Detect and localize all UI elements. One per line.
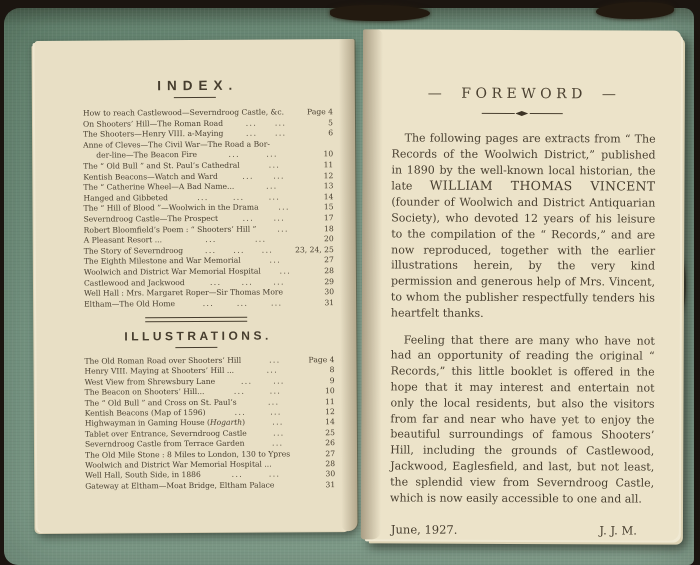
cover-torn-edge — [330, 5, 430, 21]
toc-page-number: 17 — [310, 213, 334, 224]
toc-dot-leader: ... — [259, 203, 310, 214]
dot-group: ... — [269, 470, 281, 480]
title-dash: — — [428, 86, 442, 102]
dot-group: ... — [267, 366, 279, 376]
toc-line: Gateway at Eltham—Moat Bridge, Eltham Pa… — [85, 480, 335, 492]
toc-line: Well Hall, South Side, in 1886......30 — [85, 469, 335, 481]
dot-group: ... — [233, 192, 245, 203]
dot-group: ... — [271, 298, 283, 309]
rule-line — [481, 113, 514, 114]
dot-group: ... — [262, 245, 274, 256]
toc-line: Severndroog Castle from Terrace Garden..… — [85, 438, 335, 450]
index-title: INDEX. — [35, 77, 355, 94]
divider-double-rule — [145, 317, 247, 322]
foreword-initials: J. J. M. — [599, 524, 637, 538]
toc-row: Castlewood and Jackwood.........29 — [84, 277, 334, 289]
dot-group: ... — [235, 408, 247, 418]
toc-page-number: 6 — [309, 128, 333, 139]
dot-group: ... — [270, 256, 282, 267]
toc-page-number: 14 — [311, 417, 335, 428]
dot-group: ... — [273, 277, 285, 288]
dot-group: ... — [266, 150, 278, 161]
toc-label-italic: Hogarth — [210, 418, 242, 429]
toc-label: Highwayman in Gaming House ( — [85, 418, 210, 429]
toc-row: Severndroog Castle from Terrace Garden..… — [85, 438, 335, 450]
toc-label: Severndroog Castle—The Prospect — [84, 214, 219, 225]
diamond-rule — [363, 110, 681, 116]
toc-page-number: 9 — [311, 376, 335, 387]
dot-group: ... — [270, 387, 282, 397]
toc-page-number: 15 — [309, 203, 333, 214]
dot-group: ... — [210, 277, 222, 288]
toc-dot-leader: ...... — [197, 150, 309, 161]
toc-row: Well Hall, South Side, in 1886......30 — [85, 469, 335, 481]
dot-group: ... — [242, 171, 254, 182]
dot-group: ... — [205, 235, 217, 246]
toc-dot-leader: ... — [245, 418, 311, 429]
toc-dot-leader: ... — [240, 160, 310, 171]
toc-page-number: 31 — [311, 480, 335, 491]
toc-page-number: 13 — [309, 181, 333, 192]
dot-group: ... — [270, 407, 282, 417]
foreword-date: June, 1927. — [391, 523, 458, 537]
toc-page-number: 20 — [310, 234, 334, 245]
foreword-title: — FOREWORD — — [363, 85, 681, 102]
toc-label-continued: der-line—The Beacon Fire — [83, 150, 197, 161]
dot-group: ... — [273, 428, 285, 438]
foreword-title-text: FOREWORD — [457, 86, 587, 103]
dot-group: ... — [269, 192, 281, 203]
toc-page-number: 27 — [311, 449, 335, 460]
toc-dot-leader: ...... — [223, 118, 309, 129]
toc-dot-leader: ...... — [206, 407, 311, 418]
dot-group: ... — [234, 387, 246, 397]
toc-page-number: Page 4 — [307, 107, 333, 118]
dot-group: ... — [246, 118, 258, 129]
toc-page-number: 12 — [311, 407, 335, 418]
dot-group: ... — [228, 150, 240, 161]
toc-dot-leader: ......... — [185, 277, 310, 288]
illustrations-title: ILLUSTRATIONS. — [36, 328, 356, 344]
index-list: How to reach Castlewood—Severndroog Cast… — [83, 107, 334, 310]
dot-group: ... — [242, 277, 254, 288]
toc-label: Kentish Beacons (Map of 1596) — [85, 408, 206, 419]
toc-dot-leader: ... — [234, 181, 309, 192]
paragraph-text: (founder of Woolwich and District Antiqu… — [391, 196, 656, 320]
toc-line: The Shooters—Henry VIII. a-Maying......6 — [83, 128, 333, 140]
toc-dot-leader: ......... — [175, 298, 310, 309]
foreword-signature: June, 1927. J. J. M. — [391, 523, 637, 538]
title-dash: — — [602, 86, 616, 102]
toc-line: Eltham—The Old Home.........31 — [84, 298, 334, 310]
toc-dot-leader: ... — [261, 266, 310, 277]
dot-group: ... — [243, 214, 255, 225]
toc-dot-leader: ...... — [204, 386, 310, 397]
toc-row: Gateway at Eltham—Moat Bridge, Eltham Pa… — [85, 480, 335, 492]
toc-dot-leader: ...... — [218, 213, 310, 224]
toc-row: Anne of Cleves—The Civil War—The Road a … — [83, 139, 333, 162]
toc-label: The Beacon on Shooters’ Hill... — [85, 387, 205, 398]
toc-label: Eltham—The Old Home — [84, 299, 175, 310]
toc-page-number: 14 — [309, 192, 333, 203]
toc-page-number: 30 — [310, 287, 334, 298]
toc-label: Kentish Beacons—Watch and Ward — [83, 171, 218, 182]
toc-dot-leader: ... — [241, 355, 308, 366]
book-photo: INDEX. How to reach Castlewood—Severndro… — [0, 0, 700, 565]
diamond-ornament-icon — [515, 111, 528, 116]
dot-group: ... — [273, 376, 285, 386]
toc-page-number: 10 — [309, 150, 333, 161]
toc-line: Castlewood and Jackwood.........29 — [84, 277, 334, 289]
toc-dot-leader: ...... — [201, 470, 311, 481]
dot-group: ... — [266, 182, 278, 193]
rule-line — [529, 113, 562, 114]
toc-row: Eltham—The Old Home.........31 — [84, 298, 334, 310]
toc-dot-leader: ... — [241, 256, 310, 267]
toc-label: The Story of Severndroog — [84, 246, 183, 257]
toc-page-number: 10 — [311, 386, 335, 397]
toc-dot-leader: ...... — [223, 128, 309, 139]
dot-group: ... — [269, 160, 281, 171]
illustrations-list: The Old Roman Road over Shooters’ Hill..… — [84, 355, 335, 492]
toc-dot-leader: ... — [234, 366, 311, 377]
foreword-body: The following pages are extracts from “ … — [390, 130, 656, 506]
toc-page-number: 30 — [311, 469, 335, 480]
dot-group: ... — [205, 246, 217, 257]
dot-group: ... — [269, 355, 281, 365]
divider-rule — [175, 347, 217, 348]
toc-label: Castlewood and Jackwood — [84, 278, 185, 289]
dot-group: ... — [203, 299, 215, 310]
toc-page-number: 8 — [310, 365, 334, 376]
dot-group: ... — [233, 245, 245, 256]
dot-group: ... — [278, 203, 290, 214]
dot-group: ... — [197, 193, 209, 204]
toc-dot-leader: ...... — [218, 171, 310, 182]
toc-page-number: 25 — [311, 428, 335, 439]
dot-group: ... — [241, 376, 253, 386]
foreword-paragraph-1: The following pages are extracts from “ … — [391, 130, 656, 322]
toc-page-number: 18 — [310, 224, 334, 235]
toc-label: Well Hall, South Side, in 1886 — [85, 470, 201, 481]
toc-dot-leader: ... — [256, 224, 309, 235]
toc-dot-leader: ...... — [215, 376, 311, 387]
toc-row: The Shooters—Henry VIII. a-Maying......6 — [83, 128, 333, 140]
dot-group: ... — [280, 266, 292, 277]
dot-group: ... — [232, 470, 244, 480]
toc-page-number: 23, 24, 25 — [295, 245, 334, 256]
toc-dot-leader: ... — [247, 428, 311, 439]
dot-group: ... — [275, 129, 287, 140]
toc-page-number: 31 — [310, 298, 334, 309]
dot-group: ... — [268, 397, 280, 407]
toc-label: A Pleasant Resort ... — [84, 235, 162, 246]
dot-group: ... — [255, 235, 267, 246]
dot-group: ... — [272, 439, 284, 449]
dot-group: ... — [272, 418, 284, 428]
toc-page-number: 5 — [309, 118, 333, 129]
left-page: INDEX. How to reach Castlewood—Severndro… — [35, 39, 358, 533]
dot-group: ... — [246, 129, 258, 140]
foreword-paragraph-2: Feeling that there are many who have not… — [390, 332, 655, 507]
divider-rule — [174, 97, 216, 98]
dot-group: ... — [275, 118, 287, 129]
toc-page-number: 11 — [309, 160, 333, 171]
toc-dot-leader: ......... — [183, 245, 295, 256]
toc-page-number: 26 — [311, 438, 335, 449]
right-page: — FOREWORD — The following pages are ext… — [361, 29, 681, 540]
toc-page-number: 29 — [310, 277, 334, 288]
dot-group: ... — [274, 213, 286, 224]
toc-page-number: 27 — [310, 255, 334, 266]
toc-dot-leader: ... — [237, 397, 311, 408]
toc-page-number: 12 — [309, 171, 333, 182]
dot-group: ... — [273, 171, 285, 182]
toc-page-number: 11 — [311, 397, 335, 408]
toc-page-number: Page 4 — [309, 355, 335, 366]
dot-group: ... — [237, 298, 249, 309]
toc-label: Hanged and Gibbeted — [83, 193, 168, 204]
toc-page-number: 28 — [311, 459, 335, 470]
toc-page-number: 28 — [310, 266, 334, 277]
author-name: WILLIAM THOMAS VINCENT — [430, 178, 656, 194]
dot-group: ... — [277, 224, 289, 235]
toc-dot-leader: ... — [244, 438, 311, 449]
toc-label: Gateway at Eltham—Moat Bridge, Eltham Pa… — [85, 480, 274, 492]
